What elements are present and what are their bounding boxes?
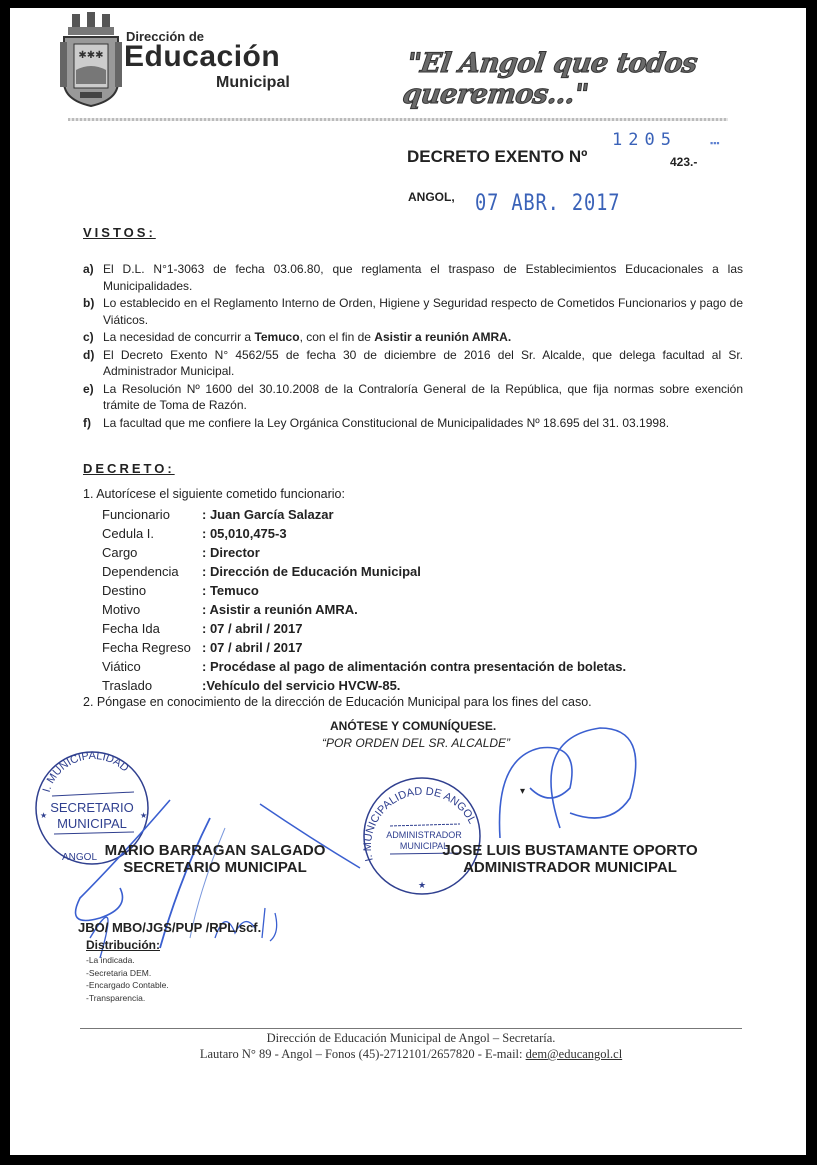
vistos-heading: VISTOS: <box>83 225 156 240</box>
vistos-item-text: Lo establecido en el Reglamento Interno … <box>103 295 743 328</box>
header-divider <box>68 118 728 121</box>
signature-scribble-2: ▾ <box>490 718 670 848</box>
vistos-item-text: La necesidad de concurrir a Temuco, con … <box>103 329 743 346</box>
date-stamp: 07 ABR. 2017 <box>475 191 620 216</box>
commission-details: Funcionario: Juan García SalazarCedula I… <box>102 505 626 695</box>
vistos-item: b)Lo establecido en el Reglamento Intern… <box>83 295 743 328</box>
vistos-item-label: f) <box>83 415 103 432</box>
closing-formula: ANÓTESE Y COMUNÍQUESE. <box>330 719 496 733</box>
detail-key: Motivo <box>102 600 202 619</box>
detail-row: Viático: Procédase al pago de alimentaci… <box>102 657 626 676</box>
detail-value: : Temuco <box>202 581 259 600</box>
detail-value: :Vehículo del servicio HVCW-85. <box>202 676 400 695</box>
detail-value: : Director <box>202 543 260 562</box>
vistos-item-text: El D.L. N°1-3063 de fecha 03.06.80, que … <box>103 261 743 294</box>
detail-row: Motivo: Asistir a reunión AMRA. <box>102 600 626 619</box>
detail-value: : 05,010,475-3 <box>202 524 287 543</box>
vistos-item: e)La Resolución Nº 1600 del 30.10.2008 d… <box>83 381 743 414</box>
distribution-list: -La indicada.-Secretaria DEM.-Encargado … <box>86 954 169 1004</box>
detail-row: Cedula I.: 05,010,475-3 <box>102 524 626 543</box>
document-page: ✱✱✱ Dirección de Educación Municipal "El… <box>10 8 806 1155</box>
signatory-2-name: JOSE LUIS BUSTAMANTE OPORTO <box>430 842 710 859</box>
vistos-item-label: d) <box>83 347 103 380</box>
detail-value: : 07 / abril / 2017 <box>202 638 302 657</box>
detail-key: Traslado <box>102 676 202 695</box>
detail-row: Traslado:Vehículo del servicio HVCW-85. <box>102 676 626 695</box>
detail-key: Cargo <box>102 543 202 562</box>
detail-key: Destino <box>102 581 202 600</box>
decree-title: DECRETO EXENTO Nº <box>407 147 587 167</box>
municipal-coat-of-arms-icon: ✱✱✱ <box>58 12 124 108</box>
distribution-item: -Secretaria DEM. <box>86 967 169 980</box>
signatory-1-name: MARIO BARRAGAN SALGADO <box>90 842 340 859</box>
distribution-item: -Transparencia. <box>86 992 169 1005</box>
vistos-item: a)El D.L. N°1-3063 de fecha 03.06.80, qu… <box>83 261 743 294</box>
svg-text:★: ★ <box>418 880 426 890</box>
footer-line-2: Lautaro N° 89 - Angol – Fonos (45)-27121… <box>80 1047 742 1062</box>
org-name-line3: Municipal <box>216 74 290 92</box>
detail-row: Fecha Regreso: 07 / abril / 2017 <box>102 638 626 657</box>
detail-value: : Dirección de Educación Municipal <box>202 562 421 581</box>
distribution-item: -La indicada. <box>86 954 169 967</box>
detail-value: : 07 / abril / 2017 <box>202 619 302 638</box>
decree-item-2: 2. Póngase en conocimiento de la direcci… <box>83 695 592 709</box>
vistos-item-text: El Decreto Exento N° 4562/55 de fecha 30… <box>103 347 743 380</box>
city: ANGOL, <box>408 190 455 204</box>
closing-order: “POR ORDEN DEL SR. ALCALDE” <box>322 736 510 750</box>
detail-row: Cargo: Director <box>102 543 626 562</box>
initials: JBO/ MBO/JGS/PUP /RPL/scf. <box>78 920 261 935</box>
vistos-item: d)El Decreto Exento N° 4562/55 de fecha … <box>83 347 743 380</box>
detail-value: : Procédase al pago de alimentación cont… <box>202 657 626 676</box>
svg-text:▾: ▾ <box>520 786 525 797</box>
vistos-item: f)La facultad que me confiere la Ley Org… <box>83 415 743 432</box>
footer-line-1: Dirección de Educación Municipal de Ango… <box>80 1031 742 1046</box>
vistos-item-label: e) <box>83 381 103 414</box>
vistos-item-label: a) <box>83 261 103 294</box>
stamp-mark: ▪▪▪ <box>710 138 720 148</box>
slogan: "El Angol que todos queremos..." <box>401 48 811 110</box>
distribution-title: Distribución: <box>86 938 160 952</box>
signatory-2-role: ADMINISTRADOR MUNICIPAL <box>430 859 710 876</box>
detail-row: Fecha Ida: 07 / abril / 2017 <box>102 619 626 638</box>
detail-value: : Asistir a reunión AMRA. <box>202 600 358 619</box>
svg-text:✱✱✱: ✱✱✱ <box>78 50 103 61</box>
org-name-line2: Educación <box>124 40 280 74</box>
detail-key: Fecha Regreso <box>102 638 202 657</box>
decree-number: 423.- <box>670 155 697 169</box>
detail-key: Fecha Ida <box>102 619 202 638</box>
signatory-1: MARIO BARRAGAN SALGADO SECRETARIO MUNICI… <box>90 842 340 876</box>
detail-value: : Juan García Salazar <box>202 505 334 524</box>
stamp-number: 1205 <box>612 130 677 150</box>
distribution-item: -Encargado Contable. <box>86 979 169 992</box>
vistos-item: c)La necesidad de concurrir a Temuco, co… <box>83 329 743 346</box>
svg-text:ADMINISTRADOR: ADMINISTRADOR <box>386 830 462 840</box>
vistos-item-label: c) <box>83 329 103 346</box>
vistos-list: a)El D.L. N°1-3063 de fecha 03.06.80, qu… <box>83 261 743 432</box>
signatory-1-role: SECRETARIO MUNICIPAL <box>90 859 340 876</box>
vistos-item-label: b) <box>83 295 103 328</box>
detail-key: Cedula I. <box>102 524 202 543</box>
svg-text:★: ★ <box>40 811 47 820</box>
footer-divider <box>80 1028 742 1029</box>
detail-row: Dependencia: Dirección de Educación Muni… <box>102 562 626 581</box>
detail-key: Funcionario <box>102 505 202 524</box>
decreto-heading: DECRETO: <box>83 461 175 476</box>
detail-row: Funcionario: Juan García Salazar <box>102 505 626 524</box>
signatory-2: JOSE LUIS BUSTAMANTE OPORTO ADMINISTRADO… <box>430 842 710 876</box>
detail-key: Dependencia <box>102 562 202 581</box>
vistos-item-text: La facultad que me confiere la Ley Orgán… <box>103 415 743 432</box>
vistos-item-text: La Resolución Nº 1600 del 30.10.2008 de … <box>103 381 743 414</box>
email-link[interactable]: dem@educangol.cl <box>526 1047 623 1061</box>
detail-row: Destino: Temuco <box>102 581 626 600</box>
decree-item-1: 1. Autorícese el siguiente cometido func… <box>83 487 345 501</box>
detail-key: Viático <box>102 657 202 676</box>
